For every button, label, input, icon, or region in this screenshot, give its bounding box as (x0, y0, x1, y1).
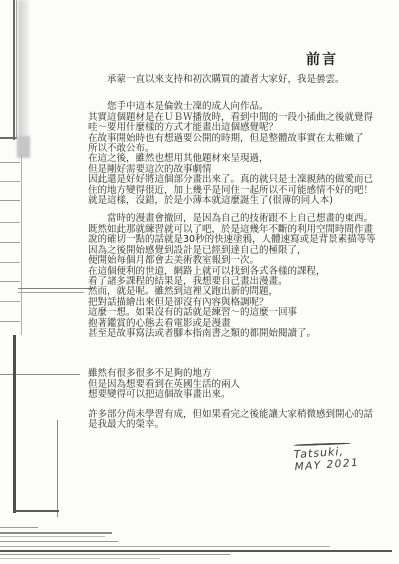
scan-artifact-line (14, 510, 59, 512)
scan-artifact-page-edge (0, 554, 230, 555)
scan-artifact-page-edge (0, 536, 105, 537)
scan-artifact-page-edge (0, 222, 20, 223)
scan-artifact-line (0, 137, 17, 139)
scan-artifact-page-edge (0, 527, 38, 528)
text-line: 這麼一想。如果沒有的話就是練習～的這麼一回事 (88, 308, 388, 318)
text-line: 便開始每個月都會去美術教室報到一次。 (88, 256, 388, 266)
text-line: 是我最大的榮幸。 (88, 420, 388, 430)
scan-artifact-page-edge (0, 550, 392, 552)
paragraph-motivation: 雖然有很多很多不足夠的地方 但是因為想要看到在英國生活的兩人 想要變得可以把這個… (88, 369, 388, 400)
scan-artifact-shadow (17, 136, 30, 158)
page-title: 前言 (306, 49, 338, 69)
scan-artifact-line (57, 420, 58, 517)
scan-artifact-page-edge (0, 541, 118, 542)
scan-artifact-page-edge (0, 301, 20, 302)
scan-artifact-line (18, 292, 84, 293)
scan-artifact-page-edge (0, 200, 20, 201)
scan-artifact-page-edge (0, 162, 20, 163)
signature: Tatsuki, MAY 2021 (293, 441, 360, 473)
scan-artifact-page-edge (0, 262, 20, 263)
scan-artifact-line (0, 374, 80, 375)
scan-artifact-page-edge (0, 181, 20, 182)
scan-artifact-line (18, 288, 92, 289)
scan-artifact-page-edge (0, 546, 330, 547)
scan-artifact-page-edge (0, 281, 20, 282)
text-line: 就是這樣，沒錯，於是小薄本就這麼誕生了(很薄的同人本) (88, 196, 388, 206)
scan-artifact-line (13, 0, 15, 140)
scan-artifact-line (13, 335, 16, 513)
text-line: 甚至是故事寫法或者腳本指南書之類的都開始閱讀了。 (88, 329, 388, 339)
scan-artifact-shadow (18, 0, 29, 154)
text-line: 承蒙一直以來支持和初次購買的讀者大家好，我是曇雲。 (88, 75, 388, 85)
scanned-preface-page: 前言 承蒙一直以來支持和初次購買的讀者大家好，我是曇雲。 您手中這本是倫敦士凜的… (0, 0, 399, 564)
scan-artifact-page-edge (0, 242, 20, 243)
scan-artifact-page-edge (0, 321, 20, 322)
scan-artifact-line (21, 155, 22, 335)
paragraph-practice: 當時的漫畫會撤回，是因為自己的技術跟不上自己想畫的東西。 既然如此那就練習就可以… (88, 214, 388, 339)
text-line: 想要變得可以把這個故事畫出來。 (88, 390, 388, 400)
scan-artifact-page-edge (0, 558, 160, 559)
scan-artifact-page-edge (0, 532, 112, 534)
scan-artifact-line (16, 0, 17, 138)
paragraph-closing: 許多部分尚未學習有成，但如果看完之後能讓大家稍微感到開心的話 是我最大的榮幸。 (88, 410, 388, 431)
paragraph-greeting: 承蒙一直以來支持和初次購買的讀者大家好，我是曇雲。 (88, 75, 388, 85)
paragraph-origin: 您手中這本是倫敦士凜的成人向作品。 其實這個題材是在ＵＢＷ播放時，看到中間的一段… (88, 102, 388, 206)
preface-text: 承蒙一直以來支持和初次購買的讀者大家好，我是曇雲。 您手中這本是倫敦士凜的成人向… (88, 75, 388, 430)
